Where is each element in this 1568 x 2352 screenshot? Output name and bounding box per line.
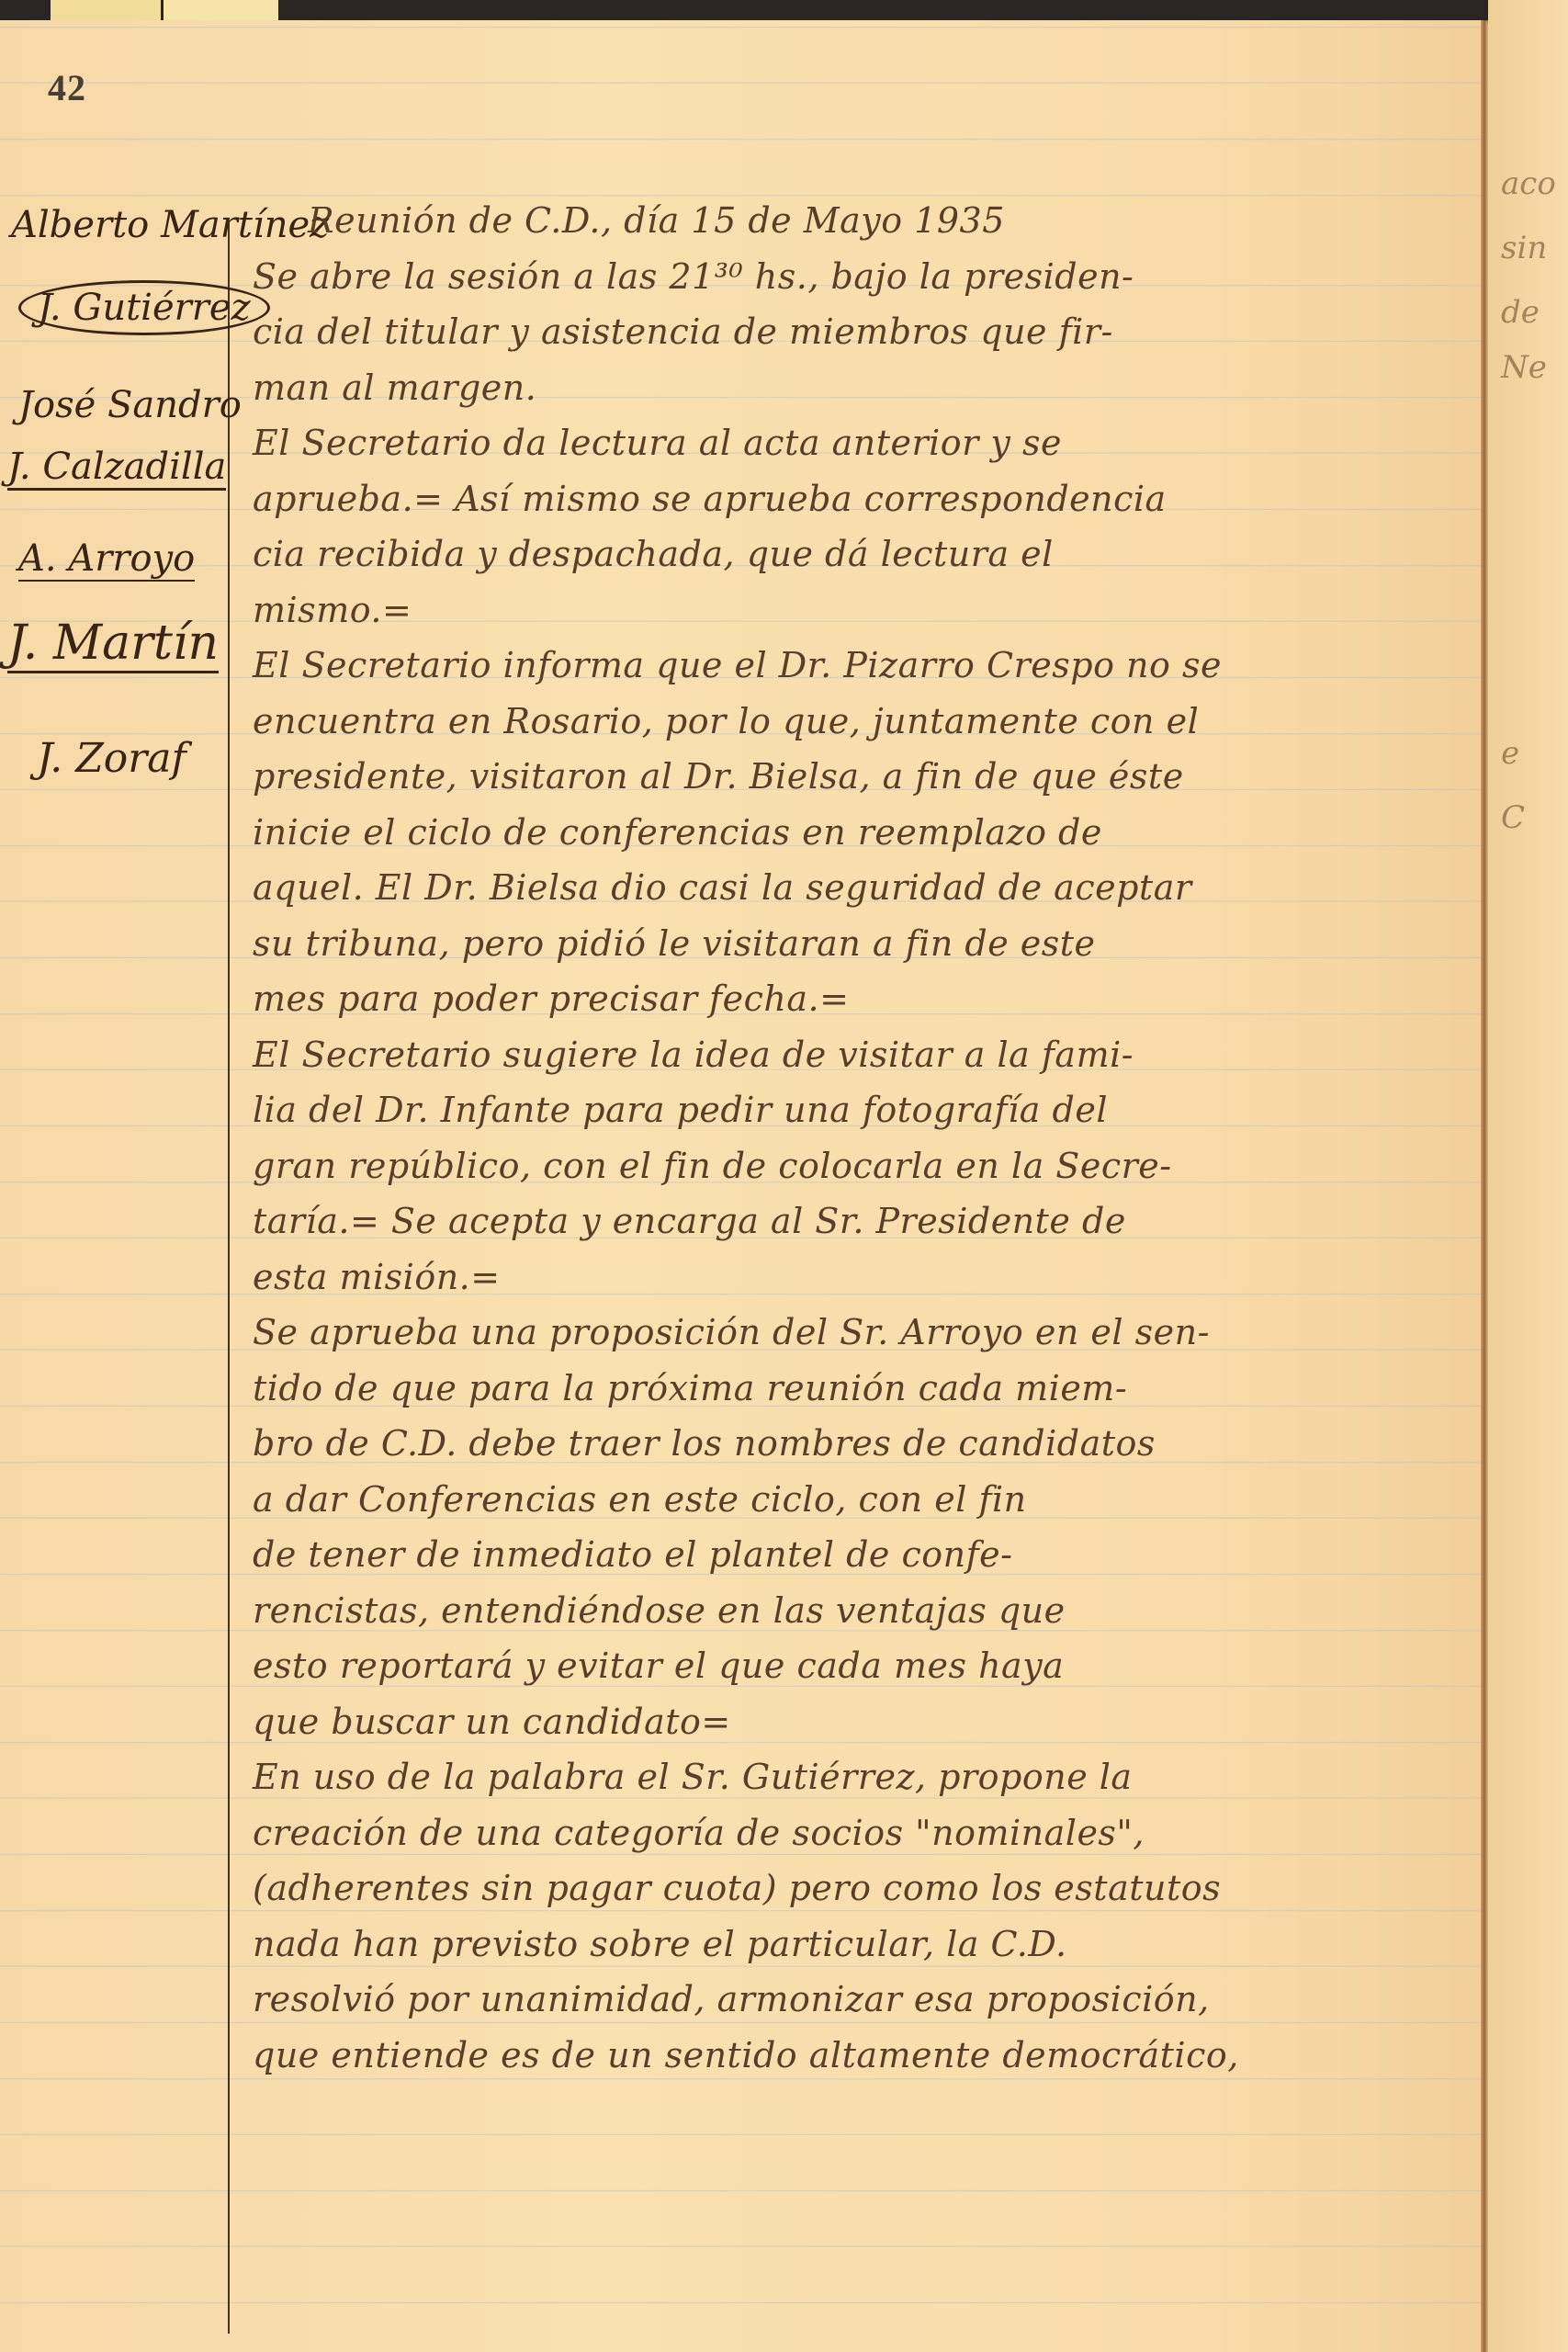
- minutes-line: esto reportará y evitar el que cada mes …: [253, 1638, 1474, 1694]
- signature: J. Martín: [7, 616, 219, 673]
- page-gutter-edge: [1481, 20, 1488, 2352]
- minutes-line: tido de que para la próxima reunión cada…: [253, 1361, 1474, 1417]
- minutes-line: man al margen.: [253, 360, 1474, 416]
- minutes-line: a dar Conferencias en este ciclo, con el…: [253, 1472, 1474, 1528]
- signature: A. Arroyo: [18, 537, 195, 582]
- minutes-title: Reunión de C.D., día 15 de Mayo 1935: [253, 193, 1474, 249]
- minutes-line: Se aprueba una proposición del Sr. Arroy…: [253, 1305, 1474, 1361]
- minutes-line: cia recibida y despachada, que dá lectur…: [253, 526, 1474, 582]
- minutes-line: bro de C.D. debe traer los nombres de ca…: [253, 1416, 1474, 1472]
- facing-page-fragment: e: [1501, 735, 1519, 772]
- minutes-line: (adherentes sin pagar cuota) pero como l…: [253, 1860, 1474, 1917]
- minutes-line: resolvió por unanimidad, armonizar esa p…: [253, 1972, 1474, 2028]
- signature: J. Calzadilla: [7, 446, 226, 491]
- minutes-line: mismo.=: [253, 582, 1474, 639]
- minutes-line: inicie el ciclo de conferencias en reemp…: [253, 805, 1474, 861]
- minutes-line: lia del Dr. Infante para pedir una fotog…: [253, 1082, 1474, 1138]
- facing-page-fragment: C: [1501, 799, 1525, 836]
- minutes-line: mes para poder precisar fecha.=: [253, 971, 1474, 1027]
- facing-page: aco sin de Ne e C: [1488, 0, 1568, 2352]
- minutes-line: que buscar un candidato=: [253, 1694, 1474, 1750]
- minutes-body: Reunión de C.D., día 15 de Mayo 1935 Se …: [253, 193, 1474, 2083]
- minutes-line: taría.= Se acepta y encarga al Sr. Presi…: [253, 1193, 1474, 1249]
- signature: J. Gutiérrez: [18, 280, 270, 335]
- signature: José Sandro: [18, 384, 242, 426]
- facing-page-fragment: aco: [1501, 165, 1556, 202]
- minutes-line: presidente, visitaron al Dr. Bielsa, a f…: [253, 749, 1474, 805]
- page-number: 42: [48, 66, 86, 109]
- minutes-line: El Secretario da lectura al acta anterio…: [253, 415, 1474, 471]
- minutes-line: aprueba.= Así mismo se aprueba correspon…: [253, 471, 1474, 527]
- minutes-line: esta misión.=: [253, 1249, 1474, 1306]
- facing-page-fragment: de: [1501, 294, 1540, 331]
- minutes-line: aquel. El Dr. Bielsa dio casi la segurid…: [253, 860, 1474, 916]
- minutes-line: gran repúblico, con el fin de colocarla …: [253, 1138, 1474, 1194]
- minutes-line: El Secretario sugiere la idea de visitar…: [253, 1027, 1474, 1083]
- minutes-line: encuentra en Rosario, por lo que, juntam…: [253, 694, 1474, 750]
- minutes-line: su tribuna, pero pidió le visitaran a fi…: [253, 916, 1474, 972]
- minutes-line: nada han previsto sobre el particular, l…: [253, 1917, 1474, 1973]
- minutes-line: que entiende es de un sentido altamente …: [253, 2028, 1474, 2084]
- facing-page-fragment: sin: [1501, 230, 1547, 266]
- margin-rule: [228, 220, 230, 2334]
- minutes-line: cia del titular y asistencia de miembros…: [253, 304, 1474, 360]
- minutes-line: El Secretario informa que el Dr. Pizarro…: [253, 638, 1474, 694]
- minutes-line: Se abre la sesión a las 21³⁰ hs., bajo l…: [253, 249, 1474, 305]
- facing-page-fragment: Ne: [1501, 349, 1547, 386]
- minutes-line: En uso de la palabra el Sr. Gutiérrez, p…: [253, 1749, 1474, 1805]
- minutes-line: de tener de inmediato el plantel de conf…: [253, 1527, 1474, 1583]
- minutes-line: creación de una categoría de socios "nom…: [253, 1805, 1474, 1861]
- signature: J. Zoraf: [37, 735, 186, 782]
- minutes-line: rencistas, entendiéndose en las ventajas…: [253, 1583, 1474, 1639]
